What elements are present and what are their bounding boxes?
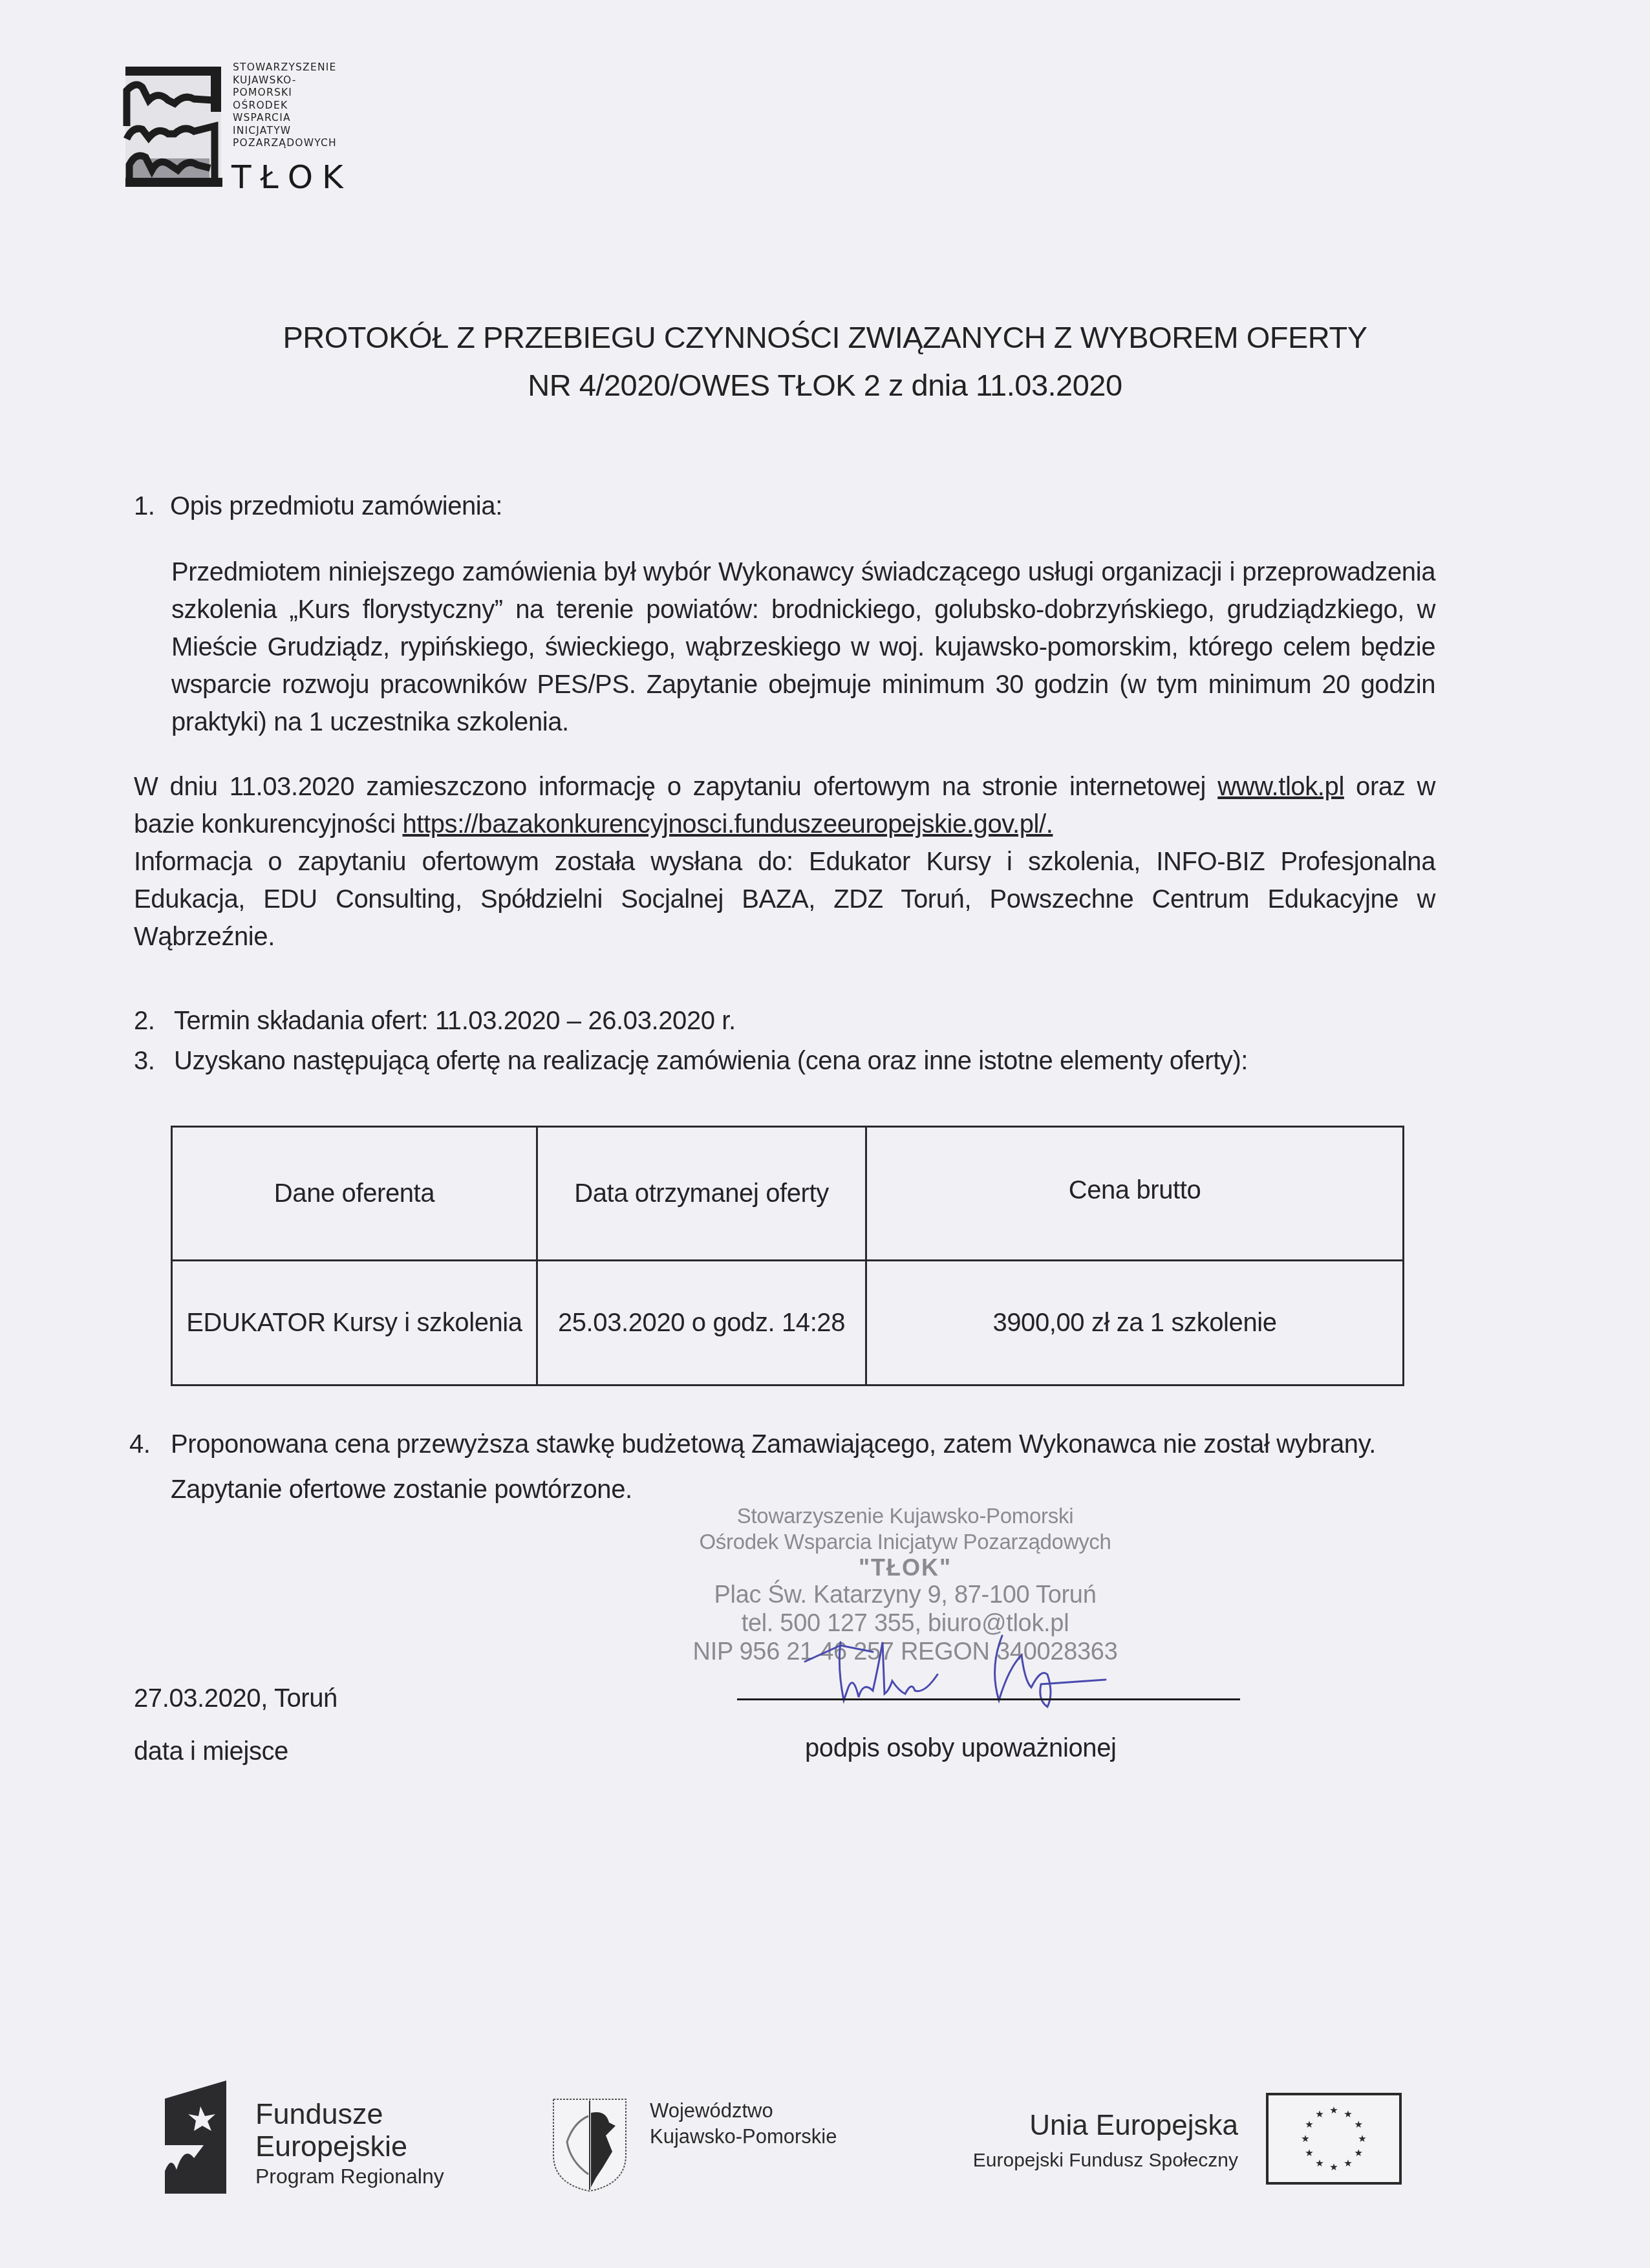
section-1-heading: 1.Opis przedmiotu zamówienia: bbox=[134, 487, 502, 525]
svg-text:★: ★ bbox=[1344, 2158, 1352, 2169]
cell-gross-price: 3900,00 zł za 1 szkolenie bbox=[866, 1261, 1404, 1385]
section-4-line-1: 4.Proponowana cena przewyższa stawkę bud… bbox=[129, 1426, 1376, 1463]
section-1-description: Przedmiotem niniejszego zamówienia był w… bbox=[171, 553, 1435, 741]
kujawsko-pomorskie-coat-of-arms-icon bbox=[551, 2097, 628, 2194]
program-regionalny-text: Program Regionalny bbox=[255, 2165, 444, 2188]
header-bidder: Dane oferenta bbox=[172, 1127, 537, 1261]
svg-text:★: ★ bbox=[1305, 2119, 1313, 2130]
tlok-website-link[interactable]: www.tlok.pl bbox=[1217, 773, 1344, 801]
efs-text: Europejski Fundusz Społeczny bbox=[925, 2150, 1238, 2172]
tlok-castle-logo-icon bbox=[123, 61, 226, 191]
svg-text:★: ★ bbox=[1344, 2109, 1352, 2120]
svg-text:★: ★ bbox=[1358, 2134, 1366, 2145]
offers-table: Dane oferenta Data otrzymanej oferty Cen… bbox=[171, 1126, 1404, 1386]
svg-text:★: ★ bbox=[1315, 2109, 1323, 2120]
svg-text:★: ★ bbox=[1329, 2105, 1338, 2116]
eu-flag-icon: ★★★★★★★★★★★★ bbox=[1266, 2093, 1402, 2185]
wojewodztwo-text: Województwo Kujawsko-Pomorskie bbox=[650, 2098, 837, 2150]
cell-bidder: EDUKATOR Kursy i szkolenia bbox=[172, 1261, 537, 1385]
section-2: 2.Termin składania ofert: 11.03.2020 – 2… bbox=[134, 1002, 736, 1040]
title-line-2: NR 4/2020/OWES TŁOK 2 z dnia 11.03.2020 bbox=[0, 361, 1650, 409]
org-short-name: TŁOK bbox=[231, 158, 352, 196]
title-line-1: PROTOKÓŁ Z PRZEBIEGU CZYNNOŚCI ZWIĄZANYC… bbox=[0, 314, 1650, 361]
baza-konkurencyjnosci-link[interactable]: https://bazakonkurencyjnosci.funduszeeur… bbox=[402, 810, 1053, 839]
date-place-label: data i miejsce bbox=[134, 1737, 288, 1766]
tlok-logo: Stowarzyszenie Kujawsko- Pomorski Ośrode… bbox=[123, 61, 375, 197]
document-title: PROTOKÓŁ Z PRZEBIEGU CZYNNOŚCI ZWIĄZANYC… bbox=[0, 314, 1650, 409]
header-gross-price: Cena brutto bbox=[866, 1127, 1404, 1261]
svg-text:★: ★ bbox=[1301, 2134, 1309, 2145]
header-offer-date: Data otrzymanej oferty bbox=[537, 1127, 866, 1261]
handwritten-signature bbox=[802, 1629, 1138, 1713]
svg-text:★: ★ bbox=[1354, 2119, 1362, 2130]
signature-line bbox=[737, 1698, 1240, 1700]
section-1-publication: W dniu 11.03.2020 zamieszczono informacj… bbox=[134, 768, 1435, 843]
svg-text:★: ★ bbox=[1305, 2148, 1313, 2159]
fundusze-europejskie-logo-icon bbox=[165, 2081, 230, 2194]
fundusze-europejskie-text: Fundusze Europejskie bbox=[255, 2098, 407, 2163]
table-header-row: Dane oferenta Data otrzymanej oferty Cen… bbox=[172, 1127, 1404, 1261]
section-3: 3.Uzyskano następującą ofertę na realiza… bbox=[134, 1042, 1248, 1080]
section-4-line-2: Zapytanie ofertowe zostanie powtórzone. bbox=[171, 1471, 632, 1508]
svg-text:★: ★ bbox=[1329, 2162, 1338, 2173]
table-row: EDUKATOR Kursy i szkolenia 25.03.2020 o … bbox=[172, 1261, 1404, 1385]
section-1-sent-to: Informacja o zapytaniu ofertowym została… bbox=[134, 843, 1435, 956]
org-full-name: Stowarzyszenie Kujawsko- Pomorski Ośrode… bbox=[233, 61, 337, 150]
signature-label: podpis osoby upoważnionej bbox=[805, 1734, 1116, 1763]
svg-text:★: ★ bbox=[1354, 2148, 1362, 2159]
unia-europejska-text: Unia Europejska bbox=[970, 2110, 1238, 2142]
date-place: 27.03.2020, Toruń bbox=[134, 1684, 337, 1713]
cell-offer-date: 25.03.2020 o godz. 14:28 bbox=[537, 1261, 866, 1385]
svg-text:★: ★ bbox=[1315, 2158, 1323, 2169]
